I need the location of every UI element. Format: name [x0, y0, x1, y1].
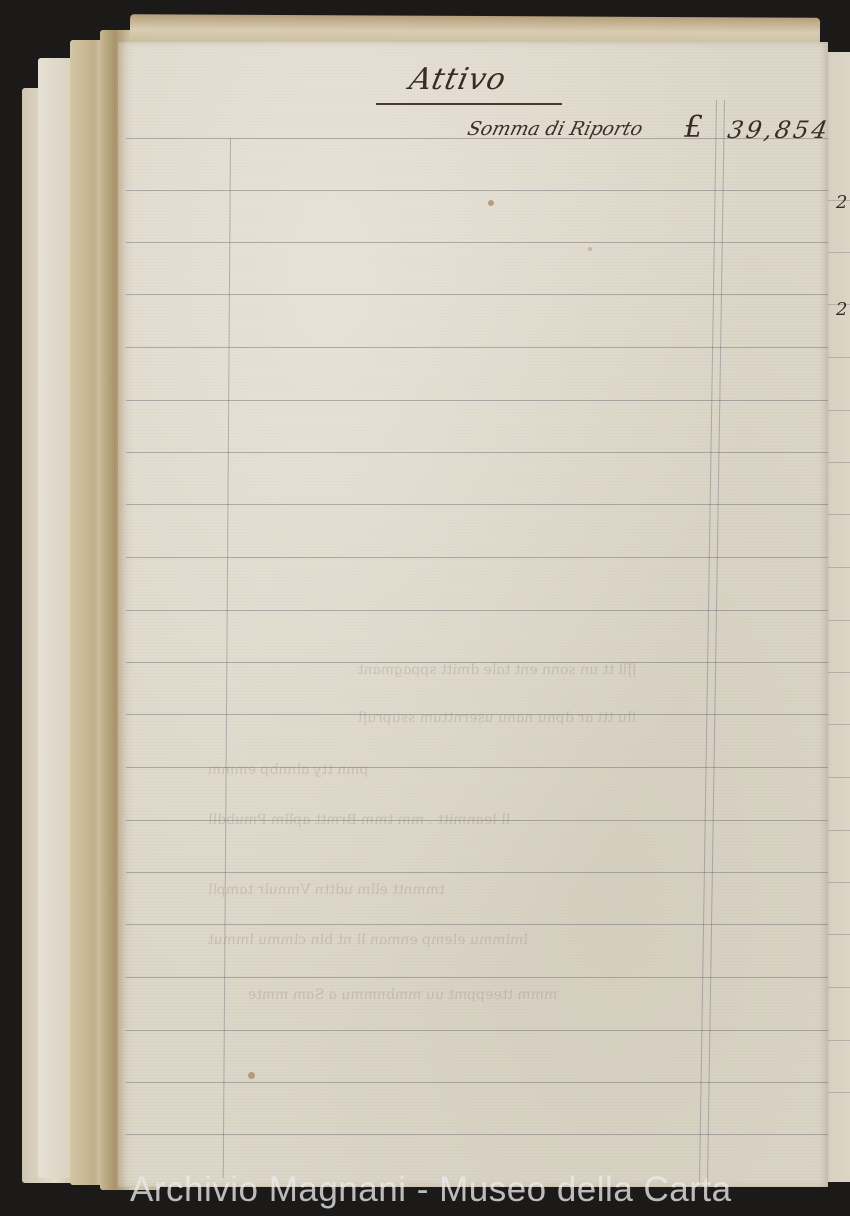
margin-mark: 2: [836, 299, 847, 320]
margin-mark: 2: [836, 192, 847, 213]
ledger-page: ffll tt un sonn ent tale dmitt sppagmant…: [118, 42, 828, 1187]
ledger-heading: Attivo: [406, 62, 509, 97]
currency-symbol: £: [684, 110, 703, 145]
archive-watermark: Archivio Magnani - Museo della Carta: [130, 1170, 732, 1210]
heading-underline: [376, 103, 562, 105]
carry-forward-amount: 39,854: [726, 116, 833, 144]
carry-forward-label: Somma di Riporto: [465, 118, 645, 140]
